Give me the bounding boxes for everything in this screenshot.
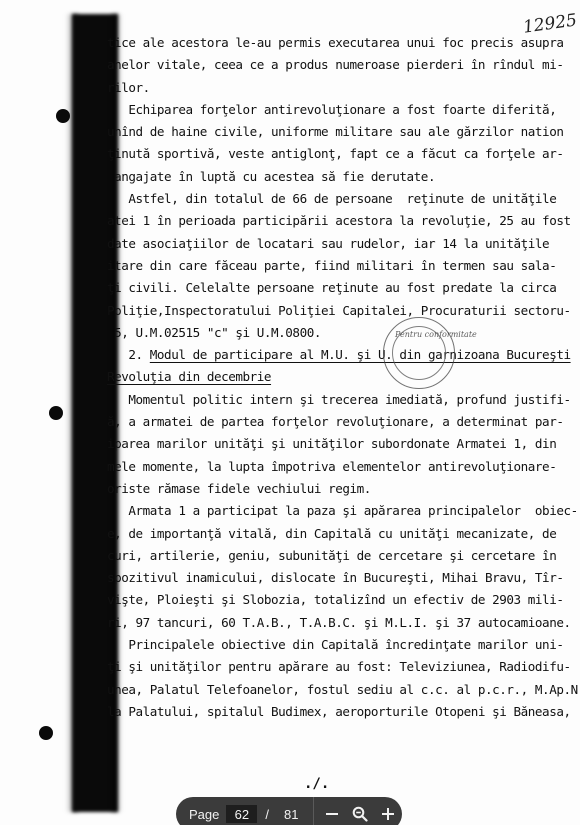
text-line: Armata 1 a participat la paza şi apărare… — [107, 500, 577, 522]
section-heading: Modul de participare al M.U. şi U. din g… — [150, 347, 571, 362]
text-line: atei 1 în perioada participării acestora… — [107, 210, 577, 232]
magnifier-icon — [352, 806, 368, 822]
text-line: la Palatului, spitalul Budimex, aeroport… — [107, 701, 577, 723]
section-number: 2. — [107, 347, 150, 362]
zoom-out-button[interactable] — [318, 797, 346, 825]
document-page: 12925 tice ale acestora le-au permis exe… — [0, 0, 580, 825]
text-line: rilor. — [107, 77, 577, 99]
punch-hole — [49, 406, 63, 420]
pdf-viewer-toolbar: Page / 81 — [176, 797, 402, 825]
zoom-in-button[interactable] — [374, 797, 402, 825]
text-line: ţi şi unităţilor pentru apărare au fost:… — [107, 656, 577, 678]
text-line: curi, artilerie, geniu, subunităţi de ce… — [107, 545, 577, 567]
punch-hole — [56, 109, 70, 123]
text-line: vişte, Ploieşti şi Slobozia, totalizînd … — [107, 589, 577, 611]
text-line: Poliţie,Inspectoratului Poliţiei Capital… — [107, 300, 577, 322]
text-line: iparea marilor unităţi şi unităţilor sub… — [107, 433, 577, 455]
zoom-reset-button[interactable] — [346, 797, 374, 825]
plus-icon — [381, 807, 395, 821]
page-separator: / — [265, 807, 269, 822]
current-page-input[interactable] — [226, 805, 257, 823]
total-pages: 81 — [284, 807, 298, 822]
text-line: tice ale acestora le-au permis executare… — [107, 32, 577, 54]
text-line: itare din care făceau parte, fiind milit… — [107, 255, 577, 277]
punch-hole — [39, 726, 53, 740]
section-heading-continuation: Revoluţia din decembrie — [107, 366, 577, 388]
text-line: ri, 97 tancuri, 60 T.A.B., T.A.B.C. şi M… — [107, 612, 577, 634]
toolbar-divider — [313, 797, 314, 825]
text-line: ţinută sportivă, veste antiglonţ, fapt c… — [107, 143, 577, 165]
document-body: tice ale acestora le-au permis executare… — [107, 32, 577, 723]
text-line: unea, Palatul Telefoanelor, fostul sediu… — [107, 679, 577, 701]
text-line: angajate în luptă cu acestea să fie deru… — [107, 166, 577, 188]
stamp-annotation: Pentru conformitate — [395, 330, 477, 339]
text-line: anelor vitale, ceea ce a produs numeroas… — [107, 54, 577, 76]
text-line: oriste rămase fidele vechiului regim. — [107, 478, 577, 500]
text-line: e, de importanţă vitală, din Capitală cu… — [107, 523, 577, 545]
text-line: Echiparea forţelor antirevoluţionare a f… — [107, 99, 577, 121]
page-end-mark: ./. — [304, 776, 329, 792]
minus-icon — [325, 807, 339, 821]
text-line: ă, a armatei de partea forţelor revoluţi… — [107, 411, 577, 433]
section-heading-line: 2. Modul de participare al M.U. şi U. di… — [107, 344, 577, 366]
text-line: spozitivul inamicului, dislocate în Bucu… — [107, 567, 577, 589]
text-line: Astfel, din totalul de 66 de persoane re… — [107, 188, 577, 210]
text-line: 5, U.M.02515 "c" şi U.M.0800. — [107, 322, 577, 344]
text-line: unînd de haine civile, uniforme militare… — [107, 121, 577, 143]
section-heading-cont: Revoluţia din decembrie — [107, 369, 271, 384]
official-stamp — [383, 317, 455, 389]
page-label: Page — [189, 807, 219, 822]
text-line: Principalele obiective din Capitală încr… — [107, 634, 577, 656]
text-line: mele momente, la lupta împotriva element… — [107, 456, 577, 478]
text-line: date asociaţiilor de locatari sau rudelo… — [107, 233, 577, 255]
text-line: ţi civili. Celelalte persoane reţinute a… — [107, 277, 577, 299]
text-line: Momentul politic intern şi trecerea imed… — [107, 389, 577, 411]
